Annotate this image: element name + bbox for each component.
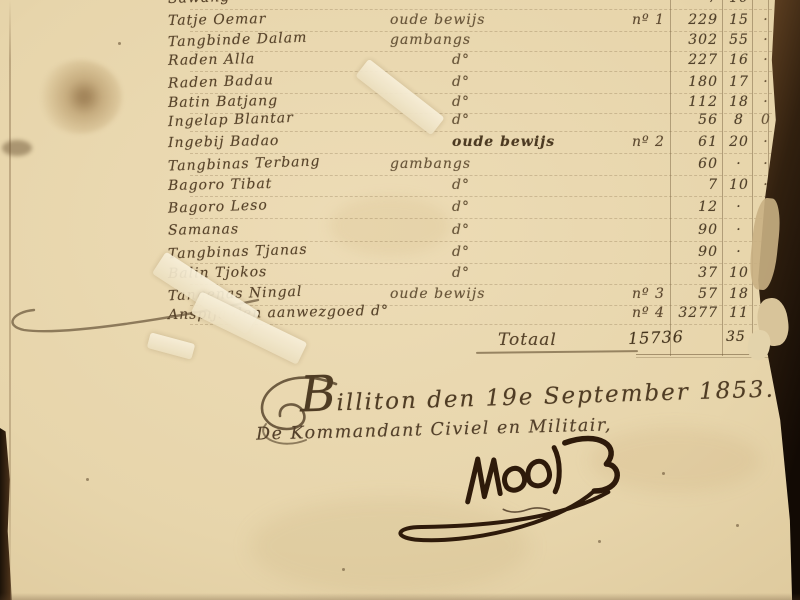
row-value-3: 0 [760, 112, 772, 128]
row-name: Tangbinde Dalam [168, 30, 308, 51]
signature-scribble [369, 426, 676, 555]
row-remark: d° [452, 244, 470, 260]
ink-speck [736, 524, 739, 527]
row-value-2: 18 [726, 94, 752, 110]
row-value-2: · [726, 244, 752, 260]
row-remark: gambangs [390, 32, 471, 48]
total-label: Totaal [498, 330, 557, 350]
row-value-2: 20 [726, 134, 752, 150]
table-row: Tangbinas Terbang gambangs 60 · · [160, 156, 772, 177]
row-value-3: · [760, 32, 772, 48]
row-name: Samanas [168, 221, 239, 238]
row-name: Tangbinas Terbang [168, 153, 321, 174]
ink-stain [2, 140, 32, 156]
row-name: Sawang [168, 0, 231, 7]
row-value-3: · [760, 74, 772, 90]
row-value-2: · [726, 156, 752, 172]
row-value-2: · [726, 199, 752, 215]
row-remark: oude bewijs [390, 12, 485, 28]
table-row: Sawang 7 10 · [160, 0, 772, 11]
row-name: Tatje Oemar [168, 11, 267, 29]
table-row: Bagoro Leso d° 12 · · [160, 199, 772, 220]
row-remark: d° [452, 177, 470, 193]
row-name: Raden Alla [168, 51, 256, 69]
total-value-2: 35 [726, 329, 746, 345]
row-value-1: 229 [666, 12, 718, 28]
page-edge-shadow [0, 428, 14, 600]
row-name: Bagoro Leso [168, 197, 268, 216]
table-row: Balin Tjokos d° 37 10 · [160, 265, 772, 286]
row-value-1: 112 [666, 94, 718, 110]
row-value-1: 180 [666, 74, 718, 90]
row-value-1: 302 [666, 32, 718, 48]
row-value-2: · [726, 222, 752, 238]
row-value-2: 8 [726, 112, 752, 128]
table-row: Samanas d° 90 · · [160, 222, 772, 243]
table-row: Tangbinde Dalam gambangs 302 55 · [160, 32, 772, 53]
table-row: Raden Alla d° 227 16 · [160, 52, 772, 73]
row-remark: d° [452, 112, 470, 128]
row-value-1: 7 [666, 0, 718, 6]
row-remark: d° [452, 222, 470, 238]
row-remark: d° [452, 52, 470, 68]
row-name: Ingebij Badao [168, 133, 280, 151]
row-value-2: 10 [726, 265, 752, 281]
row-value-2: 16 [726, 52, 752, 68]
ink-speck [598, 540, 601, 543]
row-value-2: 10 [726, 0, 752, 6]
date-line: Billiton den 19e September 1853. [300, 371, 776, 418]
row-remark: oude bewijs [452, 134, 555, 150]
row-remark: d° [452, 199, 470, 215]
total-underline-stroke [476, 350, 638, 354]
row-value-3: · [760, 0, 772, 6]
row-remark: d° [452, 74, 470, 90]
row-value-1: 57 [666, 286, 718, 302]
row-value-2: 17 [726, 74, 752, 90]
row-value-2: 55 [726, 32, 752, 48]
row-remark: d° [452, 265, 470, 281]
row-name: Tangbinas Tjanas [168, 242, 308, 263]
ink-stain [38, 60, 122, 134]
page-edge-shadow [0, 593, 800, 600]
row-value-1: 7 [666, 177, 718, 193]
row-value-1: 37 [666, 265, 718, 281]
row-value-3: · [760, 52, 772, 68]
ink-speck [86, 478, 89, 481]
row-value-2: 10 [726, 177, 752, 193]
row-remark: oude bewijs [390, 286, 485, 302]
row-value-1: 227 [666, 52, 718, 68]
row-value-1: 90 [666, 244, 718, 260]
row-value-1: 90 [666, 222, 718, 238]
row-value-1: 61 [666, 134, 718, 150]
table-row: Ingelap Blantar d° 56 8 0 [160, 112, 772, 133]
table-row: Tatje Oemar oude bewijs nº 1 229 15 · [160, 12, 772, 33]
table-row: Raden Badau d° 180 17 · [160, 74, 772, 95]
table-row: Tangbinas Tjanas d° 90 · · [160, 244, 772, 265]
row-value-3: · [760, 94, 772, 110]
row-value-2: 15 [726, 12, 752, 28]
row-name: Ingelap Blantar [168, 110, 294, 130]
row-value-1: 12 [666, 199, 718, 215]
scanned-ledger-page: Sawang 7 10 · Tatje Oemar oude bewijs nº… [0, 0, 800, 600]
total-value-1: 15736 [628, 327, 685, 348]
row-value-3: · [760, 134, 772, 150]
ink-speck [118, 42, 121, 45]
row-name: Bagoro Tibat [168, 176, 273, 194]
row-value-2: 11 [726, 305, 752, 321]
row-value-1: 56 [666, 112, 718, 128]
table-row: Ingebij Badao oude bewijs nº 2 61 20 · [160, 134, 772, 155]
table-row: Bagoro Tibat d° 7 10 · [160, 177, 772, 198]
row-remark: d° [452, 94, 470, 110]
row-name: Raden Badau [168, 72, 274, 92]
ink-speck [342, 568, 345, 571]
row-remark: gambangs [390, 156, 471, 172]
row-value-2: 18 [726, 286, 752, 302]
row-value-3: · [760, 12, 772, 28]
row-value-1: 60 [666, 156, 718, 172]
row-value-1: 3277 [666, 305, 718, 321]
row-name: Batin Batjang [168, 93, 278, 111]
